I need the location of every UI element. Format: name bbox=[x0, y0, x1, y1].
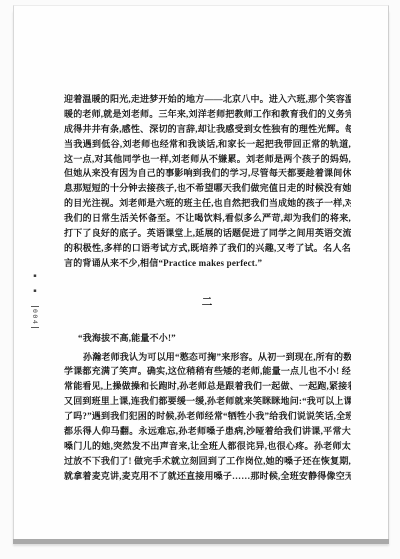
text-line: 但她从来没有因为自己的事影响到我们的学习,尽管每天都要趁着课间休 bbox=[64, 166, 351, 181]
text-line: 当我遇到低谷,刘老师也经常和我谈话,和家长一起把我带回正常的轨道, bbox=[64, 137, 351, 152]
scan-background: ▪ ▪ 004 迎着温暖的阳光,走进梦开始的地方——北京八中。进入六班,那个笑容… bbox=[0, 0, 400, 559]
spine-mark-icon: ▪ bbox=[33, 272, 36, 280]
book-page: ▪ ▪ 004 迎着温暖的阳光,走进梦开始的地方——北京八中。进入六班,那个笑容… bbox=[13, 5, 389, 539]
text-line: 迎着温暖的阳光,走进梦开始的地方——北京八中。进入六班,那个笑容温 bbox=[64, 92, 351, 107]
text-line: 我们的日常生活关怀备至。不让喝饮料,看似多么严苛,却为我们的将来, bbox=[64, 211, 351, 226]
text-column: 迎着温暖的阳光,走进梦开始的地方——北京八中。进入六班,那个笑容温暖的老师,就是… bbox=[64, 92, 351, 484]
text-line: 的目光注视。刘老师是六班的班主任,也自然把我们当成她的孩子一样,对 bbox=[64, 196, 351, 211]
text-line: 了吗?”遇到我们犯困的时候,孙老师经常“牺牲小我”给我们说说笑话,全班 bbox=[64, 409, 351, 424]
quote-line: “我海拔不高,能量不小!” bbox=[64, 331, 351, 346]
page-number: 004 bbox=[31, 306, 39, 328]
text-line: 成得井井有条,感性、深切的言辞,却让我感受到女性独有的理性光辉。每 bbox=[64, 122, 351, 137]
text-line: 孙瀚老师我认为可以用“憨态可掬”来形容。从初一到现在,所有的数 bbox=[64, 350, 351, 365]
text-line: 息那短短的十分钟去接孩子,也不希望哪天我们做完值日走的时候没有她 bbox=[64, 181, 351, 196]
text-line: 打下了良好的底子。英语课堂上,延展的话题促进了同学之间用英语交流 bbox=[64, 226, 351, 241]
text-line: 暖的老师,就是刘老师。三年来,刘洋老师把教师工作和教育我们的义务完 bbox=[64, 107, 351, 122]
text-line: 都乐得人仰马翻。永远难忘,孙老师嗓子患病,沙哑着给我们讲课,平常大 bbox=[64, 424, 351, 439]
text-line: 嗓门儿的她,突然发不出声音来,让全班人都很诧异,也很心疼。孙老师太 bbox=[64, 439, 351, 454]
paragraph-teacher-liu: 迎着温暖的阳光,走进梦开始的地方——北京八中。进入六班,那个笑容温暖的老师,就是… bbox=[64, 92, 351, 271]
text-line: 言的背诵从来不少,相信“Practice makes perfect.” bbox=[64, 256, 351, 271]
spine-mark-icon: ▪ bbox=[33, 287, 36, 295]
text-line: 过放不下我们了! 做完手术就立刻回到了工作岗位,她的嗓子还在恢复期, bbox=[64, 454, 351, 469]
section-heading: 二 bbox=[64, 295, 351, 310]
text-line: 学课都充满了笑声。确实,这位稍稍有些矮的老师,能量一点儿也不小! 经 bbox=[64, 364, 351, 379]
text-line: 常能看见,上操做操和长跑时,孙老师总是跟着我们一起做、一起跑,紧接着 bbox=[64, 379, 351, 394]
text-line: 又回到班里上课,连我们都要缓一缓,孙老师就来笑眯眯地问:“我可以上课 bbox=[64, 394, 351, 409]
paragraph-teacher-sun: 孙瀚老师我认为可以用“憨态可掬”来形容。从初一到现在,所有的数学课都充满了笑声。… bbox=[64, 350, 351, 484]
text-line: 这一点,对其他同学也一样,刘老师从不嫌累。刘老师是两个孩子的妈妈, bbox=[64, 152, 351, 167]
text-line: 就拿着麦克讲,麦克用不了就还直接用嗓子……那时候,全班安静得像空无 bbox=[64, 469, 351, 484]
spine-margin-block: ▪ ▪ 004 bbox=[28, 272, 42, 328]
text-line: 的积极性,多样的口语考试方式,既培养了我们的兴趣,又考了试。名人名 bbox=[64, 241, 351, 256]
